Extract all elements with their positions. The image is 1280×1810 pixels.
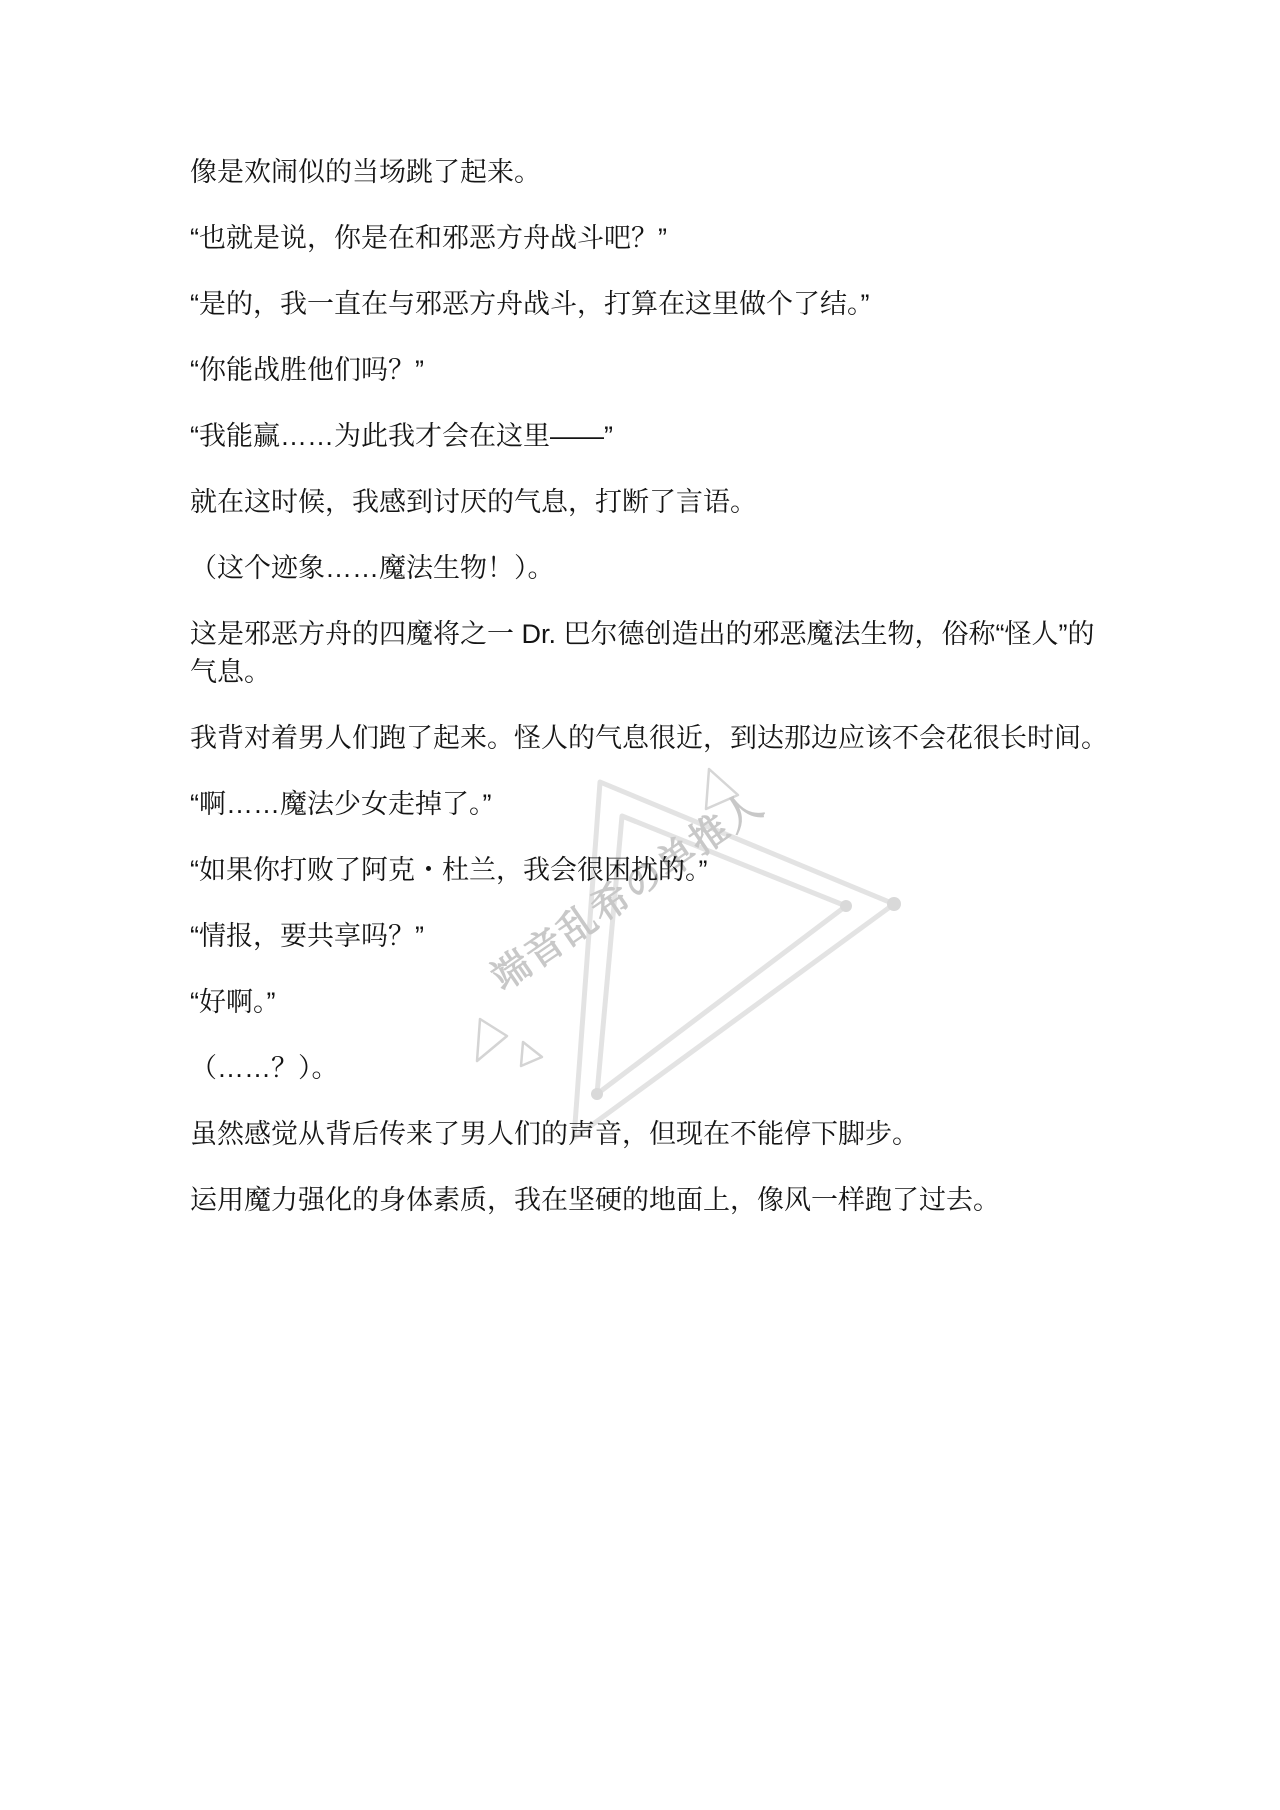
paragraph: （这个迹象……魔法生物！）。 <box>190 549 1175 587</box>
paragraph: 运用魔力强化的身体素质，我在坚硬的地面上，像风一样跑了过去。 <box>190 1181 1175 1219</box>
novel-page: 端音乱希の单推人 像是欢闹似的当场跳了起来。 “也就是说，你是在和邪恶方舟战斗吧… <box>0 0 1280 1810</box>
paragraph: 像是欢闹似的当场跳了起来。 <box>190 153 1175 191</box>
paragraph: 虽然感觉从背后传来了男人们的声音，但现在不能停下脚步。 <box>190 1115 1175 1153</box>
paragraph: 我背对着男人们跑了起来。怪人的气息很近，到达那边应该不会花很长时间。 <box>190 719 1175 757</box>
paragraph: “我能赢……为此我才会在这里——” <box>190 417 1175 455</box>
paragraph: “情报，要共享吗？” <box>190 917 1175 955</box>
paragraph: “是的，我一直在与邪恶方舟战斗，打算在这里做个了结。” <box>190 285 1175 323</box>
novel-text-body: 像是欢闹似的当场跳了起来。 “也就是说，你是在和邪恶方舟战斗吧？” “是的，我一… <box>190 153 1175 1247</box>
paragraph: “也就是说，你是在和邪恶方舟战斗吧？” <box>190 219 1175 257</box>
paragraph: “啊……魔法少女走掉了。” <box>190 785 1175 823</box>
paragraph: 这是邪恶方舟的四魔将之一 Dr. 巴尔德创造出的邪恶魔法生物，俗称“怪人”的 气… <box>190 615 1175 691</box>
paragraph: （……？）。 <box>190 1049 1175 1087</box>
paragraph: “如果你打败了阿克・杜兰，我会很困扰的。” <box>190 851 1175 889</box>
paragraph: “好啊。” <box>190 983 1175 1021</box>
paragraph: 就在这时候，我感到讨厌的气息，打断了言语。 <box>190 483 1175 521</box>
paragraph: “你能战胜他们吗？” <box>190 351 1175 389</box>
